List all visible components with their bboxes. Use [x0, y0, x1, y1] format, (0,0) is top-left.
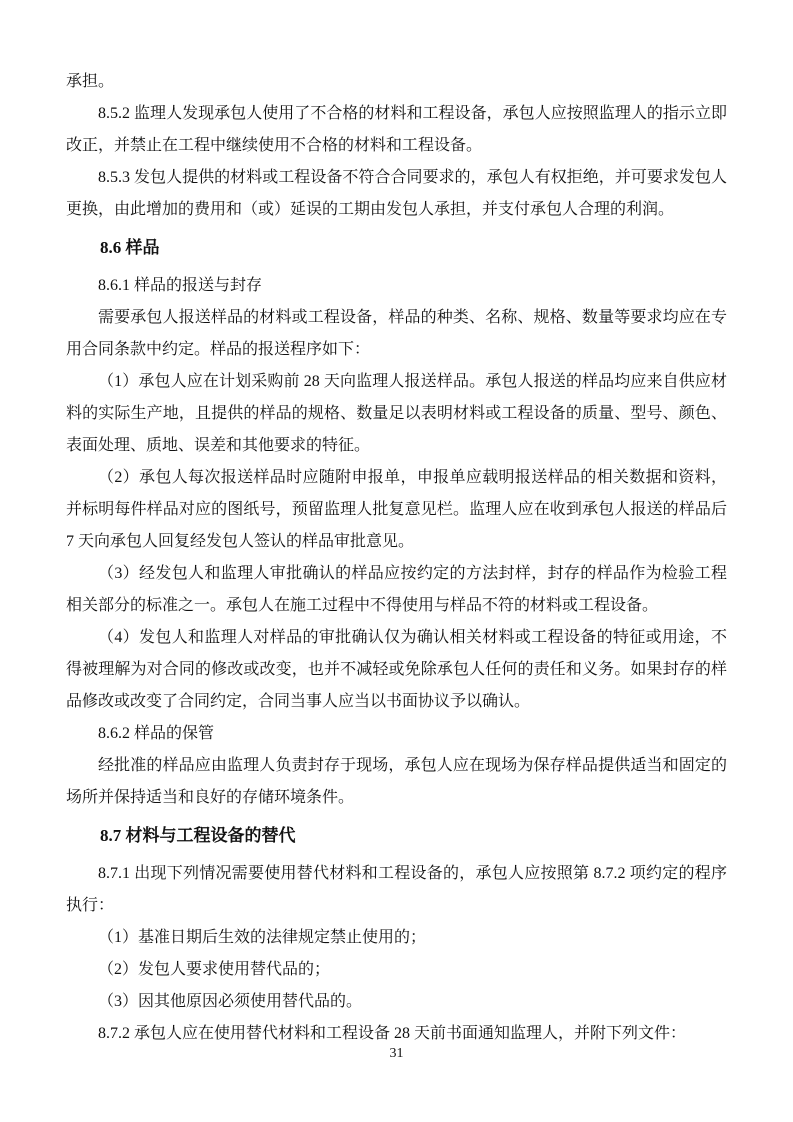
sample-list-item-3: （3）经发包人和监理人审批确认的样品应按约定的方法封样，封存的样品作为检验工程相…	[66, 558, 727, 622]
substitute-list-item-3: （3）因其他原因必须使用替代品的。	[66, 986, 727, 1018]
page-number: 31	[0, 1044, 793, 1064]
document-page: 承担。 8.5.2 监理人发现承包人使用了不合格的材料和工程设备，承包人应按照监…	[0, 0, 793, 1122]
sample-list-item-2: （2）承包人每次报送样品时应随附申报单，申报单应载明报送样品的相关数据和资料，并…	[66, 462, 727, 558]
section-heading-8-7: 8.7 材料与工程设备的替代	[66, 820, 727, 852]
clause-8-6-2-body: 经批准的样品应由监理人负责封存于现场，承包人应在现场为保存样品提供适当和固定的场…	[66, 750, 727, 814]
clause-8-6-1-title: 8.6.1 样品的报送与封存	[66, 270, 727, 302]
clause-8-5-2: 8.5.2 监理人发现承包人使用了不合格的材料和工程设备，承包人应按照监理人的指…	[66, 98, 727, 162]
substitute-list-item-1: （1）基准日期后生效的法律规定禁止使用的；	[66, 922, 727, 954]
sample-list-item-4: （4）发包人和监理人对样品的审批确认仅为确认相关材料或工程设备的特征或用途，不得…	[66, 622, 727, 718]
clause-8-6-1-intro: 需要承包人报送样品的材料或工程设备，样品的种类、名称、规格、数量等要求均应在专用…	[66, 302, 727, 366]
sample-list-item-1: （1）承包人应在计划采购前 28 天向监理人报送样品。承包人报送的样品均应来自供…	[66, 366, 727, 462]
clause-8-5-3: 8.5.3 发包人提供的材料或工程设备不符合合同要求的，承包人有权拒绝，并可要求…	[66, 162, 727, 226]
substitute-list-item-2: （2）发包人要求使用替代品的；	[66, 954, 727, 986]
clause-8-6-2-title: 8.6.2 样品的保管	[66, 718, 727, 750]
clause-8-7-1: 8.7.1 出现下列情况需要使用替代材料和工程设备的，承包人应按照第 8.7.2…	[66, 858, 727, 922]
section-heading-8-6: 8.6 样品	[66, 232, 727, 264]
continuation-line: 承担。	[66, 66, 727, 98]
